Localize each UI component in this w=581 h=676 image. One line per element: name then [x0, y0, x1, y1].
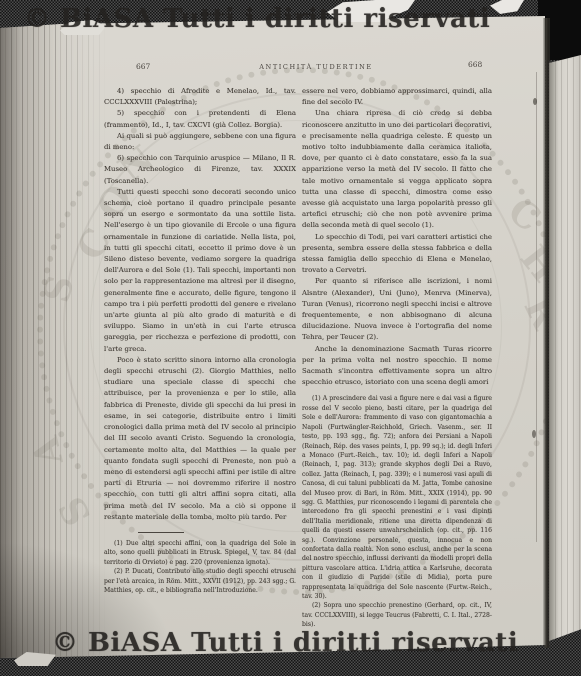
footnote-separator: [138, 532, 184, 533]
stamp-letter: C: [500, 190, 548, 241]
adjacent-page-edge: [549, 55, 581, 641]
page-gutter-shadow: [543, 18, 550, 648]
text-column-right: essere nel vero, dobbiamo approssimarci,…: [302, 86, 492, 630]
footnotes-right: (1) A prescindere dai vasi a figure nere…: [302, 394, 492, 629]
page-crease: [536, 72, 537, 542]
paragraph: Una chiara ripresa di ciò credo si debba…: [302, 108, 492, 231]
paragraph: 5) specchio con i pretendenti di Elena (…: [104, 108, 296, 130]
scanned-book-page-photo: N O C S C H R A S 667 ANTICHITÀ TUDERTIN…: [0, 0, 581, 676]
scan-speck: [533, 98, 537, 105]
scan-speck: [532, 430, 536, 438]
footnote: (2) Sopra uno specchio prenestino (Gerha…: [302, 601, 492, 629]
paragraph: Lo specchio di Todi, pei vari caratteri …: [302, 232, 492, 277]
footnote: (1) A prescindere dai vasi a figure nere…: [302, 394, 492, 601]
copyright-watermark-bottom: © BiASA Tutti i diritti riservati: [52, 628, 518, 658]
text-column-left: 4) specchio di Afrodite e Menelao, Id., …: [104, 86, 296, 595]
paragraph: 6) specchio con Tarquinio aruspice — Mil…: [104, 153, 296, 187]
paragraph: Anche la denominazione Sacmath Turas ric…: [302, 344, 492, 389]
footnote: (1) Due altri specchi affini, con la qua…: [104, 539, 296, 567]
column-number-right: 668: [468, 60, 482, 69]
column-number-left: 667: [136, 62, 150, 71]
footnotes-left: (1) Due altri specchi affini, con la qua…: [104, 539, 296, 595]
book-page: N O C S C H R A S 667 ANTICHITÀ TUDERTIN…: [0, 0, 546, 676]
paragraph: 4) specchio di Afrodite e Menelao, Id., …: [104, 86, 296, 108]
running-title: ANTICHITÀ TUDERTINE: [259, 63, 373, 71]
copyright-watermark-top: © BiASA Tutti i diritti riservati: [24, 4, 490, 34]
paragraph: Poco è stato scritto sinora intorno alla…: [104, 355, 296, 523]
paragraph: Per quanto si riferisce alle iscrizioni,…: [302, 276, 492, 343]
footnote: (2) P. Ducati, Contributo allo studio de…: [104, 567, 296, 595]
paragraph: essere nel vero, dobbiamo approssimarci,…: [302, 86, 492, 108]
paragraph: Ai quali si può aggiungere, sebbene con …: [104, 131, 296, 153]
paragraph: Tutti questi specchi sono decorati secon…: [104, 187, 296, 355]
